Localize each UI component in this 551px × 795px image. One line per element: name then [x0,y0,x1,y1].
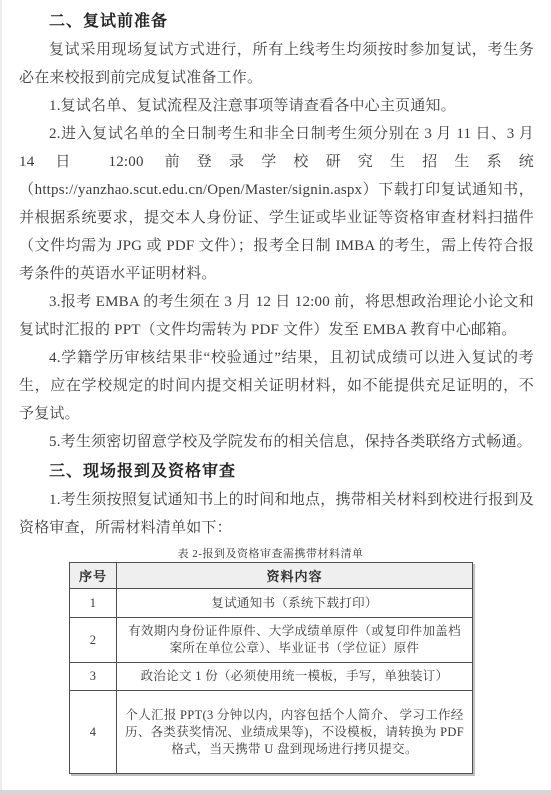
materials-table: 序号 资料内容 1 复试通知书（系统下载打印） 2 有效期内身份证件原件、大学成… [69,562,473,774]
row-content: 有效期内身份证件原件、大学成绩单原件（或复印件加盖档案所在单位公章）、毕业证书（… [117,618,473,663]
list-item-2: 2.进入复试名单的全日制考生和非全日制考生须分别在 3 月 11 日、3 月 1… [19,120,534,288]
list-item-4: 4.学籍学历审核结果非“校验通过”结果，且初试成绩可以进入复试的考生，应在学校规… [19,344,534,428]
table-row: 1 复试通知书（系统下载打印） [70,589,473,618]
table-row: 2 有效期内身份证件原件、大学成绩单原件（或复印件加盖档案所在单位公章）、毕业证… [70,618,473,663]
row-number: 1 [70,589,117,618]
table-row: 3 政治论文 1 份（必须使用统一模板，手写，单独装订） [70,663,473,691]
materials-table-block: 表 2-报到及资格审查需携带材料清单 序号 资料内容 1 复试通知书（系统下载打… [69,546,472,774]
table-row: 4 个人汇报 PPT(3 分钟以内，内容包括个人简介、 学习工作经历、各类获奖情… [70,691,473,774]
table-header-no: 序号 [70,563,117,589]
paragraph-intro: 复试采用现场复试方式进行，所有上线考生均须按时参加复试，考生务必在来校报到前完成… [19,36,534,92]
section-heading-preparation: 二、复试前准备 [19,8,534,36]
table-header-content: 资料内容 [117,563,473,589]
page-bottom-edge [0,790,551,795]
row-content: 复试通知书（系统下载打印） [117,589,473,618]
document-content: 二、复试前准备 复试采用现场复试方式进行，所有上线考生均须按时参加复试，考生务必… [19,8,534,774]
table-header-row: 序号 资料内容 [70,563,473,589]
list-item-1: 1.复试名单、复试流程及注意事项等请查看各中心主页通知。 [19,92,534,120]
row-number: 2 [70,618,117,663]
row-content: 政治论文 1 份（必须使用统一模板，手写，单独装订） [117,663,473,691]
section-heading-registration: 三、现场报到及资格审查 [19,458,534,486]
document-page: 二、复试前准备 复试采用现场复试方式进行，所有上线考生均须按时参加复试，考生务必… [0,0,551,795]
list-item-5: 5.考生须密切留意学校及学院发布的相关信息，保持各类联络方式畅通。 [19,428,534,456]
row-number: 3 [70,663,117,691]
page-left-edge [0,0,2,795]
row-content: 个人汇报 PPT(3 分钟以内，内容包括个人简介、 学习工作经历、各类获奖情况、… [117,691,473,774]
row-number: 4 [70,691,117,774]
table-caption: 表 2-报到及资格审查需携带材料清单 [69,546,472,562]
list-item-3: 3.报考 EMBA 的考生须在 3 月 12 日 12:00 前，将思想政治理论… [19,288,534,344]
paragraph-registration: 1.考生须按照复试通知书上的时间和地点，携带相关材料到校进行报到及资格审查，所需… [19,486,534,542]
